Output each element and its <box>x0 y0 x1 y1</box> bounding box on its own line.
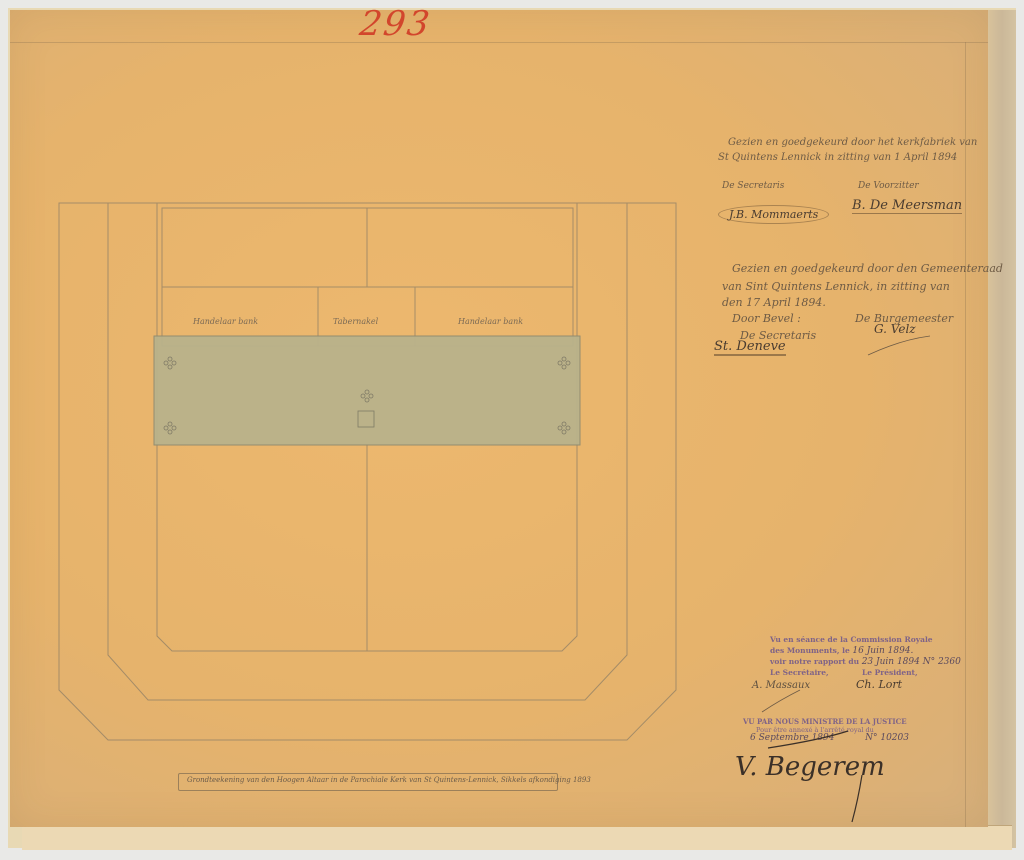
signature-flourishes <box>0 0 1024 860</box>
